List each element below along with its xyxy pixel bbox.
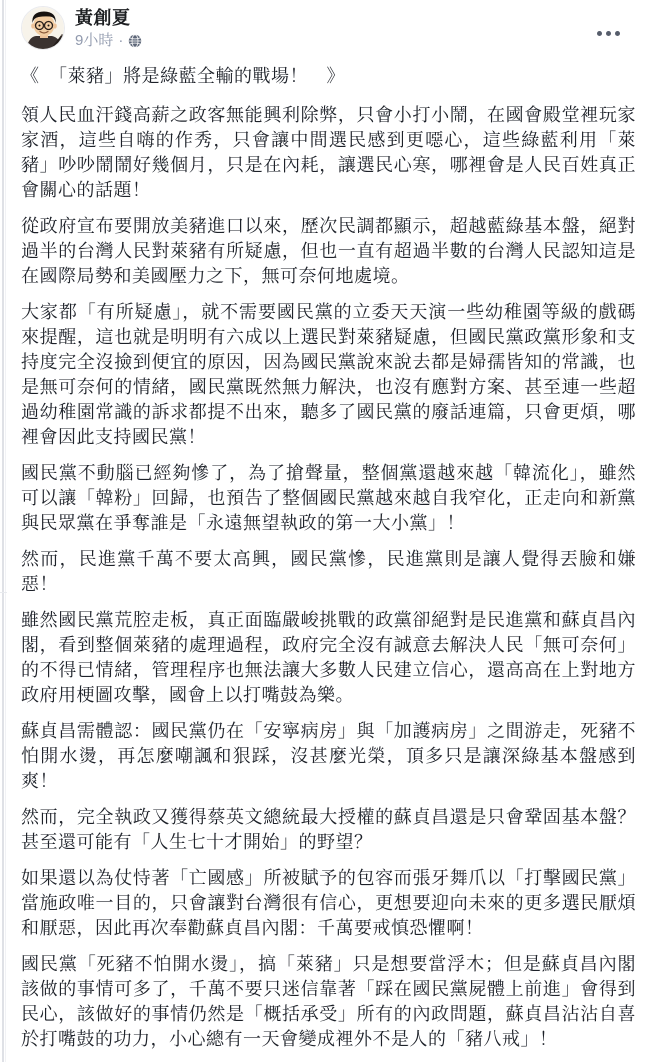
post-paragraph: 如果還以為仗恃著「亡國感」所被賦予的包容而張牙舞爪以「打擊國民黨」當施政唯一目的… bbox=[21, 866, 636, 941]
post-paragraph: 領人民血汗錢高薪之政客無能興利除弊，只會小打小鬧，在國會殿堂裡玩家家酒，這些自嗨… bbox=[21, 103, 636, 203]
meta-separator: · bbox=[118, 31, 123, 51]
post-paragraph: 國民黨不動腦已經夠慘了，為了搶聲量，整個黨還越來越「韓流化」，雖然可以讓「韓粉」… bbox=[21, 461, 636, 536]
post-meta-row: 9小時 · bbox=[75, 31, 142, 51]
post-title-line: 《 「萊豬」將是綠藍全輸的戰場！ 》 bbox=[21, 64, 636, 89]
avatar[interactable] bbox=[21, 6, 65, 50]
post-paragraph: 大家都「有所疑慮」，就不需要國民黨的立委天天演一些幼稚園等級的戲碼來提醒，這也就… bbox=[21, 300, 636, 450]
post-paragraph: 從政府宣布要開放美豬進口以來，歷次民調都顯示，超越藍綠基本盤，絕對過半的台灣人民… bbox=[21, 214, 636, 289]
post-paragraph: 然而，完全執政又獲得蔡英文總統最大授權的蘇貞昌還是只會鞏固基本盤？甚至還可能有「… bbox=[21, 805, 636, 855]
post-paragraph: 雖然國民黨荒腔走板，真正面臨嚴峻挑戰的政黨卻絕對是民進黨和蘇貞昌內閣，看到整個萊… bbox=[21, 608, 636, 708]
timestamp-link[interactable]: 9小時 bbox=[75, 31, 113, 51]
post-paragraph: 蘇貞昌需體認：國民黨仍在「安寧病房」與「加護病房」之間游走，死豬不怕開水燙，再怎… bbox=[21, 719, 636, 794]
ellipsis-dot bbox=[597, 31, 602, 36]
post-paragraphs: 領人民血汗錢高薪之政客無能興利除弊，只會小打小鬧，在國會殿堂裡玩家家酒，這些自嗨… bbox=[21, 103, 636, 1052]
ellipsis-dot bbox=[606, 31, 611, 36]
more-options-button[interactable] bbox=[588, 20, 628, 46]
post-paragraph: 國民黨「死豬不怕開水燙」，搞「萊豬」只是想要當浮木；但是蘇貞昌內閣該做的事情可多… bbox=[21, 952, 636, 1052]
facebook-post: 黃創夏 9小時 · bbox=[0, 0, 656, 1062]
ellipsis-dot bbox=[615, 31, 620, 36]
post-body: 《 「萊豬」將是綠藍全輸的戰場！ 》 領人民血汗錢高薪之政客無能興利除弊，只會小… bbox=[21, 64, 636, 1052]
post-header: 黃創夏 9小時 · bbox=[21, 6, 636, 51]
post-paragraph: 然而，民進黨千萬不要太高興，國民黨慘，民進黨則是讓人覺得丟臉和嫌惡！ bbox=[21, 547, 636, 597]
author-name-link[interactable]: 黃創夏 bbox=[75, 7, 142, 29]
post-header-text: 黃創夏 9小時 · bbox=[75, 6, 142, 51]
globe-audience-icon bbox=[128, 34, 142, 48]
avatar-caricature-image bbox=[22, 7, 65, 50]
